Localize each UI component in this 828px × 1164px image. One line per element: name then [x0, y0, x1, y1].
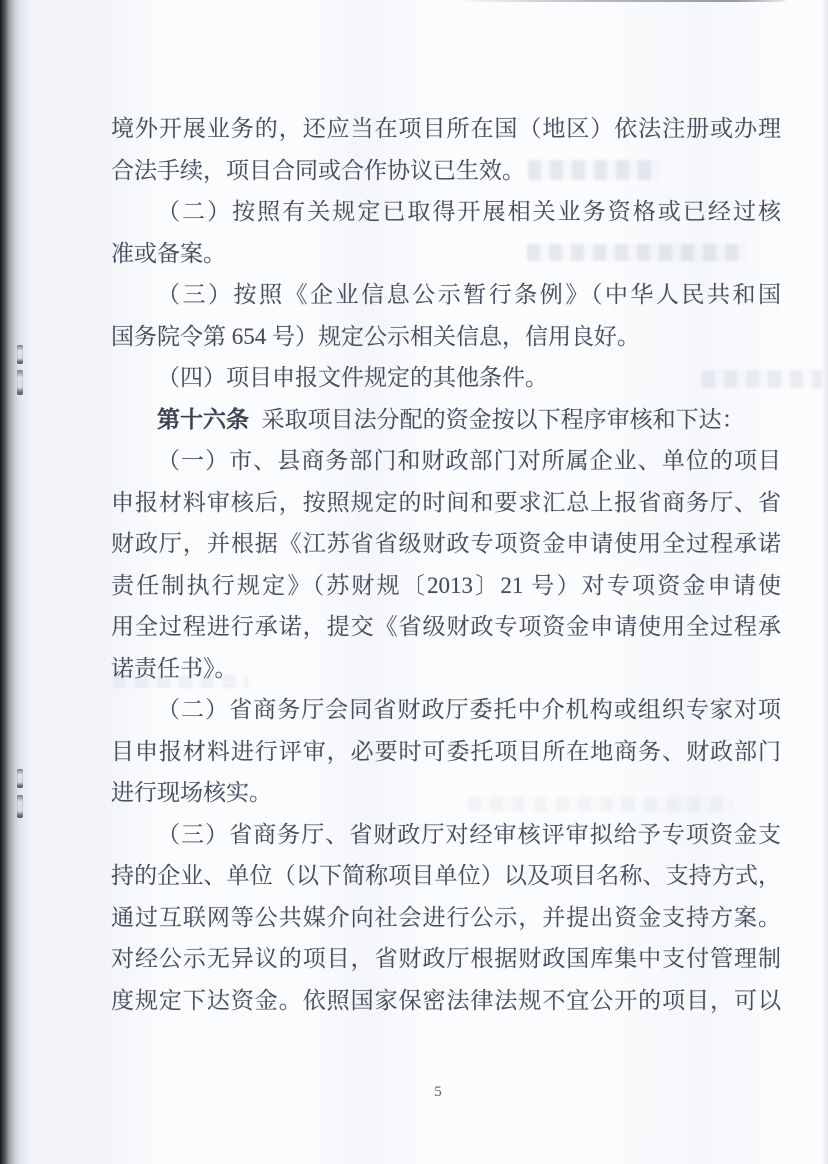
text-line: （二）省商务厅会同省财政厅委托中介机构或组织专家对项	[111, 689, 781, 731]
text-line: （二）按照有关规定已取得开展相关业务资格或已经过核	[111, 191, 781, 233]
text-line: 国务院令第 654 号）规定公示相关信息，信用良好。	[111, 316, 781, 358]
text-line: 财政厅，并根据《江苏省省级财政专项资金申请使用全过程承诺	[111, 523, 781, 565]
text-line: （三）省商务厅、省财政厅对经审核评审拟给予专项资金支	[111, 814, 781, 856]
document-body: 境外开展业务的，还应当在项目所在国（地区）依法注册或办理 合法手续，项目合同或合…	[111, 108, 781, 1021]
binding-mark	[17, 345, 23, 364]
text-line: 进行现场核实。	[111, 772, 781, 814]
text-line: 责任制执行规定》（苏财规〔2013〕21 号）对专项资金申请使	[111, 565, 781, 607]
text-line: 用全过程进行承诺，提交《省级财政专项资金申请使用全过程承	[111, 606, 781, 648]
scan-right-edge-shadow	[822, 0, 828, 1164]
binding-mark	[17, 370, 23, 395]
scanned-document-page: 境外开展业务的，还应当在项目所在国（地区）依法注册或办理 合法手续，项目合同或合…	[0, 0, 828, 1164]
text-line: 持的企业、单位（以下简称项目单位）以及项目名称、支持方式，	[111, 855, 781, 897]
text-line: 对经公示无异议的项目，省财政厅根据财政国库集中支付管理制	[111, 938, 781, 980]
text-line: 目申报材料进行评审，必要时可委托项目所在地商务、财政部门	[111, 731, 781, 773]
text-line: （一）市、县商务部门和财政部门对所属企业、单位的项目	[111, 440, 781, 482]
article-line: 第十六条采取项目法分配的资金按以下程序审核和下达：	[111, 399, 781, 441]
text-line: 境外开展业务的，还应当在项目所在国（地区）依法注册或办理	[111, 108, 781, 150]
text-line: 准或备案。	[111, 233, 781, 275]
page-number: 5	[428, 1084, 448, 1101]
binding-mark	[17, 769, 23, 788]
text-line: 度规定下达资金。依照国家保密法律法规不宜公开的项目，可以	[111, 980, 781, 1022]
text-line: （三）按照《企业信息公示暂行条例》（中华人民共和国	[111, 274, 781, 316]
text-line: 合法手续，项目合同或合作协议已生效。	[111, 150, 781, 192]
text-line: 通过互联网等公共媒介向社会进行公示，并提出资金支持方案。	[111, 897, 781, 939]
text-line: （四）项目申报文件规定的其他条件。	[111, 357, 781, 399]
text-line: 诺责任书》。	[111, 648, 781, 690]
article-number: 第十六条	[157, 407, 249, 432]
article-text: 采取项目法分配的资金按以下程序审核和下达：	[262, 407, 745, 432]
scan-top-edge-line	[455, 0, 785, 2]
text-line: 申报材料审核后，按照规定的时间和要求汇总上报省商务厅、省	[111, 482, 781, 524]
binding-mark	[17, 795, 23, 818]
scan-left-edge-shadow	[0, 0, 32, 1164]
